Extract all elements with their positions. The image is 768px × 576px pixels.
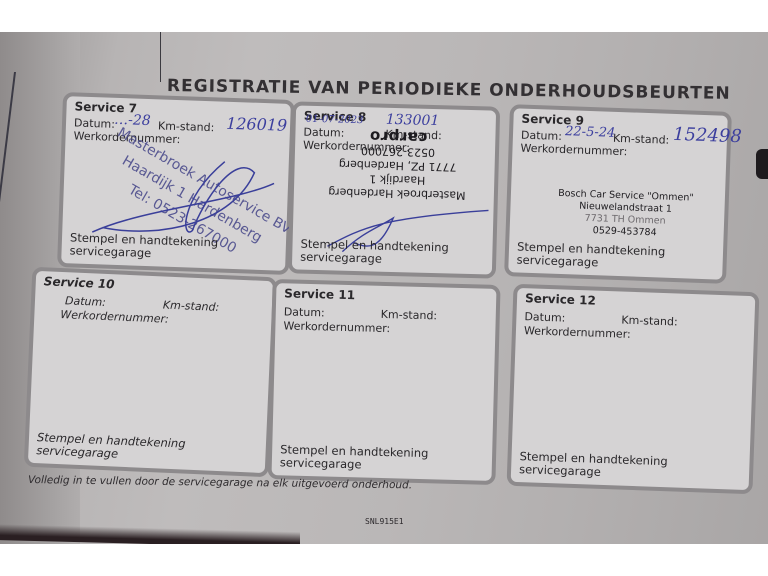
service-title: Service 10: [44, 274, 115, 291]
stamp-signature-label: Stempel en handtekening servicegarage: [519, 450, 668, 481]
service-card-10: Service 10 Datum: Km-stand: Werkordernum…: [24, 267, 277, 477]
date-label: Datum:: [284, 305, 325, 319]
service-card-9: Service 9 Datum: Km-stand: Werkordernumm…: [504, 104, 732, 284]
stamp-signature-label: Stempel en handtekening servicegarage: [516, 241, 665, 272]
date-label: Datum:: [524, 310, 565, 324]
garage-stamp: Bosch Car Service "Ommen" Nieuwelandstra…: [540, 187, 712, 241]
handwritten-mileage: 152498: [673, 124, 742, 147]
mileage-label: Km-stand:: [381, 308, 438, 322]
page-tab: [756, 149, 768, 179]
service-card-11: Service 11 Datum: Km-stand: Werkordernum…: [267, 279, 500, 485]
shadow: [0, 524, 300, 544]
service-title: Service 11: [284, 286, 355, 302]
mileage-label: Km-stand:: [621, 314, 678, 329]
form-code: SNL915E1: [365, 517, 404, 526]
handwritten-date: 22-5-24: [565, 124, 616, 141]
mileage-label: Km-stand:: [163, 298, 220, 313]
handwritten-date: 01-07-2023: [306, 114, 364, 127]
service-title: Service 12: [525, 291, 596, 307]
work-order-label: Werkordernummer:: [60, 308, 169, 326]
work-order-label: Werkordernummer:: [524, 324, 631, 341]
service-card-7: Service 7 Datum: Km-stand: Werkordernumm…: [57, 92, 295, 275]
handwritten-mileage: 126019: [226, 114, 288, 135]
stamp-signature-label: Stempel en handtekening servicegarage: [36, 431, 186, 463]
stamp-signature-label: Stempel en handtekening servicegarage: [69, 231, 218, 262]
garage-stamp: Masterbroek Hardenberg Haardijk 1 7771 P…: [322, 128, 474, 202]
date-label: Datum:: [65, 294, 106, 309]
stamp-signature-label: Stempel en handtekening servicegarage: [280, 443, 429, 473]
work-order-label: Werkordernummer:: [520, 142, 627, 159]
service-card-8: Service 8 Datum: Km-stand: Werkordernumm…: [288, 101, 500, 278]
work-order-label: Werkordernummer:: [283, 319, 390, 335]
binder-line: [160, 32, 161, 82]
document-photo: REGISTRATIE VAN PERIODIEKE ONDERHOUDSBEU…: [0, 32, 768, 544]
service-card-12: Service 12 Datum: Km-stand: Werkordernum…: [507, 284, 760, 494]
handwritten-mileage: 133001: [386, 112, 440, 129]
stamp-signature-label: Stempel en handtekening servicegarage: [300, 238, 449, 268]
